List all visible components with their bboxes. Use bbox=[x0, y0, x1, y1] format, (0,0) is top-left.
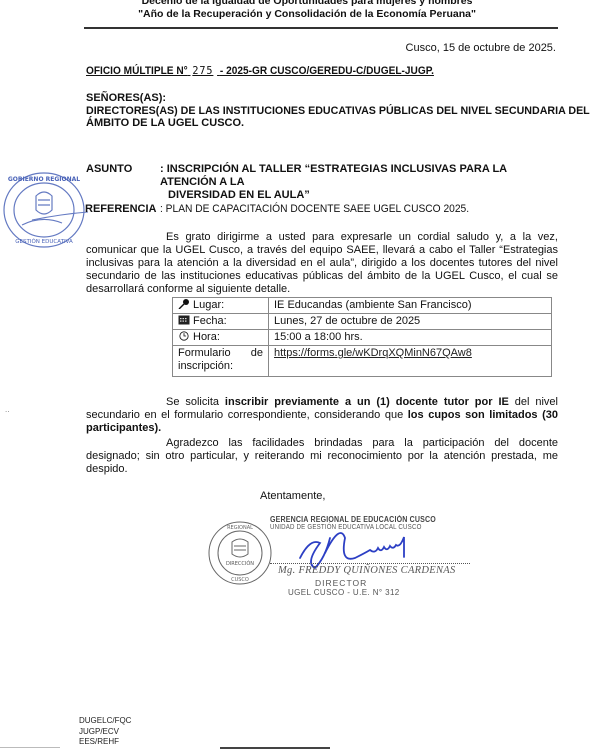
salutation: SEÑORES(AS): bbox=[86, 92, 558, 105]
table-row: Lugar: IE Educandas (ambiente San Franci… bbox=[173, 298, 552, 314]
svg-text:GOBIERNO REGIONAL: GOBIERNO REGIONAL bbox=[8, 176, 80, 183]
signatory-unit: UGEL CUSCO - U.E. N° 312 bbox=[288, 588, 400, 597]
recipients-line2: ÁMBITO DE LA UGEL CUSCO. bbox=[86, 117, 558, 130]
calendar-icon bbox=[178, 315, 190, 325]
lugar-label-cell: Lugar: bbox=[173, 298, 269, 314]
signatory-name: Mg. FREDDY QUIÑONES CARDENAS bbox=[278, 565, 456, 576]
svg-text:GESTIÓN EDUCATIVA: GESTIÓN EDUCATIVA bbox=[15, 238, 73, 245]
closing-salutation: Atentamente, bbox=[260, 490, 325, 502]
hora-label-cell: Hora: bbox=[173, 330, 269, 346]
asunto-value: : INSCRIPCIÓN AL TALLER “ESTRATEGIAS INC… bbox=[160, 163, 558, 202]
closing-paragraph: Agradezco las facilidades brindadas para… bbox=[86, 437, 558, 476]
referencia-value: : PLAN DE CAPACITACIÓN DOCENTE SAEE UGEL… bbox=[160, 203, 469, 215]
table-row: Hora: 15:00 a 18:00 hrs. bbox=[173, 330, 552, 346]
registration-paragraph: Se solicita inscribir previamente a un (… bbox=[86, 396, 558, 435]
decade-motto: "Decenio de la Igualdad de Oportunidades… bbox=[0, 0, 614, 7]
asunto-line1: : INSCRIPCIÓN AL TALLER “ESTRATEGIAS INC… bbox=[160, 163, 558, 189]
regional-government-stamp-icon: GOBIERNO REGIONAL GESTIÓN EDUCATIVA bbox=[2, 170, 88, 250]
intro-paragraph: Es grato dirigirme a usted para expresar… bbox=[86, 231, 558, 296]
signatory-title: DIRECTOR bbox=[315, 578, 367, 588]
document-date: Cusco, 15 de octubre de 2025. bbox=[406, 42, 556, 54]
hora-value: 15:00 a 18:00 hrs. bbox=[269, 330, 552, 346]
svg-text:CUSCO: CUSCO bbox=[231, 577, 249, 583]
signature-line bbox=[270, 563, 470, 564]
registration-form-link[interactable]: https://forms.gle/wKDrqXQMinN67QAw8 bbox=[274, 347, 472, 359]
recipients-line1: DIRECTORES(AS) DE LAS INSTITUCIONES EDUC… bbox=[86, 105, 544, 118]
referencia-label: REFERENCIA bbox=[85, 203, 157, 215]
fecha-value: Lunes, 27 de octubre de 2025 bbox=[269, 314, 552, 330]
table-row: Formulario de inscripción: https://forms… bbox=[173, 346, 552, 377]
asunto-line2: DIVERSIDAD EN EL AULA” bbox=[160, 189, 558, 202]
initials-line: JUGP/ECV bbox=[79, 727, 131, 738]
svg-text:DIRECCIÓN: DIRECCIÓN bbox=[226, 560, 254, 567]
lugar-value: IE Educandas (ambiente San Francisco) bbox=[269, 298, 552, 314]
oficio-reference: OFICIO MÚLTIPLE N° 275 - 2025-GR CUSCO/G… bbox=[86, 64, 434, 77]
oficio-prefix: OFICIO MÚLTIPLE N° bbox=[86, 65, 188, 77]
clock-icon bbox=[178, 331, 190, 341]
formulario-value-cell: https://forms.gle/wKDrqXQMinN67QAw8 bbox=[269, 346, 552, 377]
event-details-table: Lugar: IE Educandas (ambiente San Franci… bbox=[172, 297, 552, 377]
oficio-number: 275 bbox=[192, 64, 213, 77]
year-motto: "Año de la Recuperación y Consolidación … bbox=[0, 8, 614, 20]
table-row: Fecha: Lunes, 27 de octubre de 2025 bbox=[173, 314, 552, 330]
initials-line: EES/REHF bbox=[79, 737, 131, 748]
pin-icon bbox=[178, 299, 190, 309]
fecha-label-cell: Fecha: bbox=[173, 314, 269, 330]
header-divider bbox=[84, 27, 558, 29]
formulario-label: Formulario de inscripción: bbox=[173, 346, 269, 377]
recipients-block: SEÑORES(AS): DIRECTORES(AS) DE LAS INSTI… bbox=[86, 92, 558, 130]
oficio-suffix: - 2025-GR CUSCO/GEREDU-C/DUGEL-JUGP. bbox=[220, 65, 434, 77]
svg-text:REGIONAL: REGIONAL bbox=[227, 525, 253, 531]
direction-seal-icon: DIRECCIÓN REGIONAL CUSCO bbox=[207, 520, 273, 586]
signature-block: GERENCIA REGIONAL DE EDUCACIÓN CUSCO UNI… bbox=[270, 515, 510, 531]
margin-mark: .. bbox=[5, 405, 9, 414]
initials-line: DUGELC/FQC bbox=[79, 716, 131, 727]
initials-footer: DUGELC/FQC JUGP/ECV EES/REHF bbox=[79, 716, 131, 748]
asunto-label: ASUNTO bbox=[86, 163, 132, 175]
